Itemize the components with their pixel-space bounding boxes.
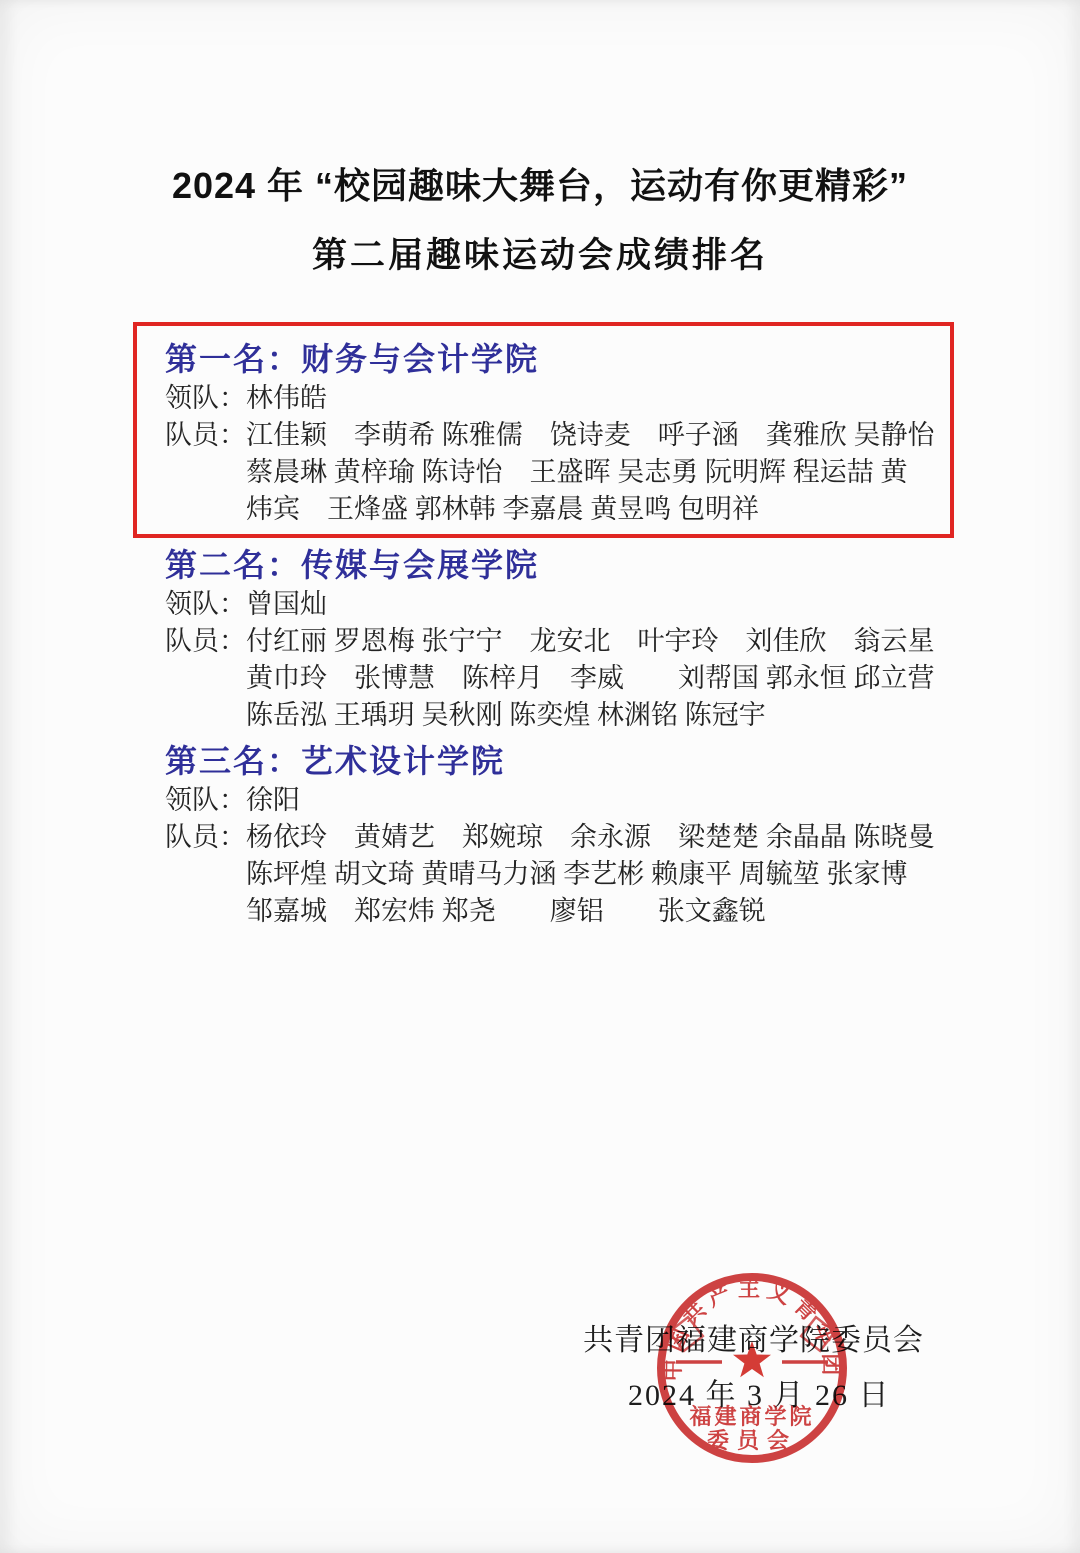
member-lines: 杨依玲 黄婧艺 郑婉琼 余永源 梁楚楚 余晶晶 陈晓曼 陈坪煌 胡文琦 黄晴马力… xyxy=(246,819,954,930)
rank-heading-first: 第一名：财务与会计学院 xyxy=(165,338,944,380)
rank-label: 第三名： xyxy=(165,743,301,779)
leader-line: 领队：徐阳 xyxy=(165,782,954,819)
document-page: 2024 年 “校园趣味大舞台，运动有你更精彩” 第二届趣味运动会成绩排名 第一… xyxy=(0,0,1080,1553)
member-line: 邹嘉城 郑宏炜 郑尧 廖铝 张文鑫锐 xyxy=(246,893,954,930)
seal-inner-text-1: 福建商学院 xyxy=(689,1404,814,1429)
member-line: 炜宾 王烽盛 郭林韩 李嘉晨 黄昱鸣 包明祥 xyxy=(246,491,944,528)
members-label: 队员： xyxy=(165,623,246,734)
member-line: 江佳颖 李萌希 陈雅儒 饶诗麦 呼子涵 龚雅欣 吴静怡 xyxy=(246,417,944,454)
member-line: 付红丽 罗恩梅 张宁宁 龙安北 叶宇玲 刘佳欣 翁云星 xyxy=(246,623,954,660)
ranking-section-third-place: 第三名：艺术设计学院 领队：徐阳 队员： 杨依玲 黄婧艺 郑婉琼 余永源 梁楚楚… xyxy=(165,740,954,930)
title-line-1: 2024 年 “校园趣味大舞台，运动有你更精彩” xyxy=(0,168,1080,204)
rank-label: 第二名： xyxy=(165,547,301,583)
member-line: 杨依玲 黄婧艺 郑婉琼 余永源 梁楚楚 余晶晶 陈晓曼 xyxy=(246,819,954,856)
title-line-2: 第二届趣味运动会成绩排名 xyxy=(0,228,1080,278)
leader-name: 徐阳 xyxy=(246,785,300,815)
leader-name: 曾国灿 xyxy=(246,589,327,619)
member-lines: 江佳颖 李萌希 陈雅儒 饶诗麦 呼子涵 龚雅欣 吴静怡 蔡晨琳 黄梓瑜 陈诗怡 … xyxy=(246,417,944,528)
members-label: 队员： xyxy=(165,417,246,528)
members-label: 队员： xyxy=(165,819,246,930)
rank-label: 第一名： xyxy=(165,341,301,377)
members-block: 队员： 付红丽 罗恩梅 张宁宁 龙安北 叶宇玲 刘佳欣 翁云星 黄巾玲 张博慧 … xyxy=(165,623,954,734)
member-line: 陈岳泓 王瑀玥 吴秋刚 陈奕煌 林渊铭 陈冠宇 xyxy=(246,697,954,734)
rank-heading-second: 第二名：传媒与会展学院 xyxy=(165,544,954,586)
leader-line: 领队：林伟皓 xyxy=(165,380,944,417)
ranking-section-first-place: 第一名：财务与会计学院 领队：林伟皓 队员： 江佳颖 李萌希 陈雅儒 饶诗麦 呼… xyxy=(133,322,954,538)
seal-inner-text-2: 委员会 xyxy=(707,1428,797,1453)
college-name: 财务与会计学院 xyxy=(301,341,539,377)
official-seal: 中国共产主义青年团 福建商学院 委员会 xyxy=(652,1268,852,1468)
rank-heading-third: 第三名：艺术设计学院 xyxy=(165,740,954,782)
leader-label: 领队： xyxy=(165,383,246,413)
members-block: 队员： 杨依玲 黄婧艺 郑婉琼 余永源 梁楚楚 余晶晶 陈晓曼 陈坪煌 胡文琦 … xyxy=(165,819,954,930)
college-name: 艺术设计学院 xyxy=(301,743,505,779)
document-title: 2024 年 “校园趣味大舞台，运动有你更精彩” 第二届趣味运动会成绩排名 xyxy=(0,0,1080,278)
leader-name: 林伟皓 xyxy=(246,383,327,413)
leader-label: 领队： xyxy=(165,589,246,619)
leader-line: 领队：曾国灿 xyxy=(165,586,954,623)
leader-label: 领队： xyxy=(165,785,246,815)
college-name: 传媒与会展学院 xyxy=(301,547,539,583)
members-block: 队员： 江佳颖 李萌希 陈雅儒 饶诗麦 呼子涵 龚雅欣 吴静怡 蔡晨琳 黄梓瑜 … xyxy=(165,417,944,528)
member-line: 蔡晨琳 黄梓瑜 陈诗怡 王盛晖 吴志勇 阮明辉 程运喆 黄 xyxy=(246,454,944,491)
member-line: 陈坪煌 胡文琦 黄晴马力涵 李艺彬 赖康平 周毓堃 张家博 xyxy=(246,856,954,893)
rankings-list: 第一名：财务与会计学院 领队：林伟皓 队员： 江佳颖 李萌希 陈雅儒 饶诗麦 呼… xyxy=(0,322,1080,930)
member-line: 黄巾玲 张博慧 陈梓月 李威 刘帮国 郭永恒 邱立营 xyxy=(246,660,954,697)
member-lines: 付红丽 罗恩梅 张宁宁 龙安北 叶宇玲 刘佳欣 翁云星 黄巾玲 张博慧 陈梓月 … xyxy=(246,623,954,734)
ranking-section-second-place: 第二名：传媒与会展学院 领队：曾国灿 队员： 付红丽 罗恩梅 张宁宁 龙安北 叶… xyxy=(165,544,954,734)
seal-star-icon xyxy=(733,1341,771,1377)
